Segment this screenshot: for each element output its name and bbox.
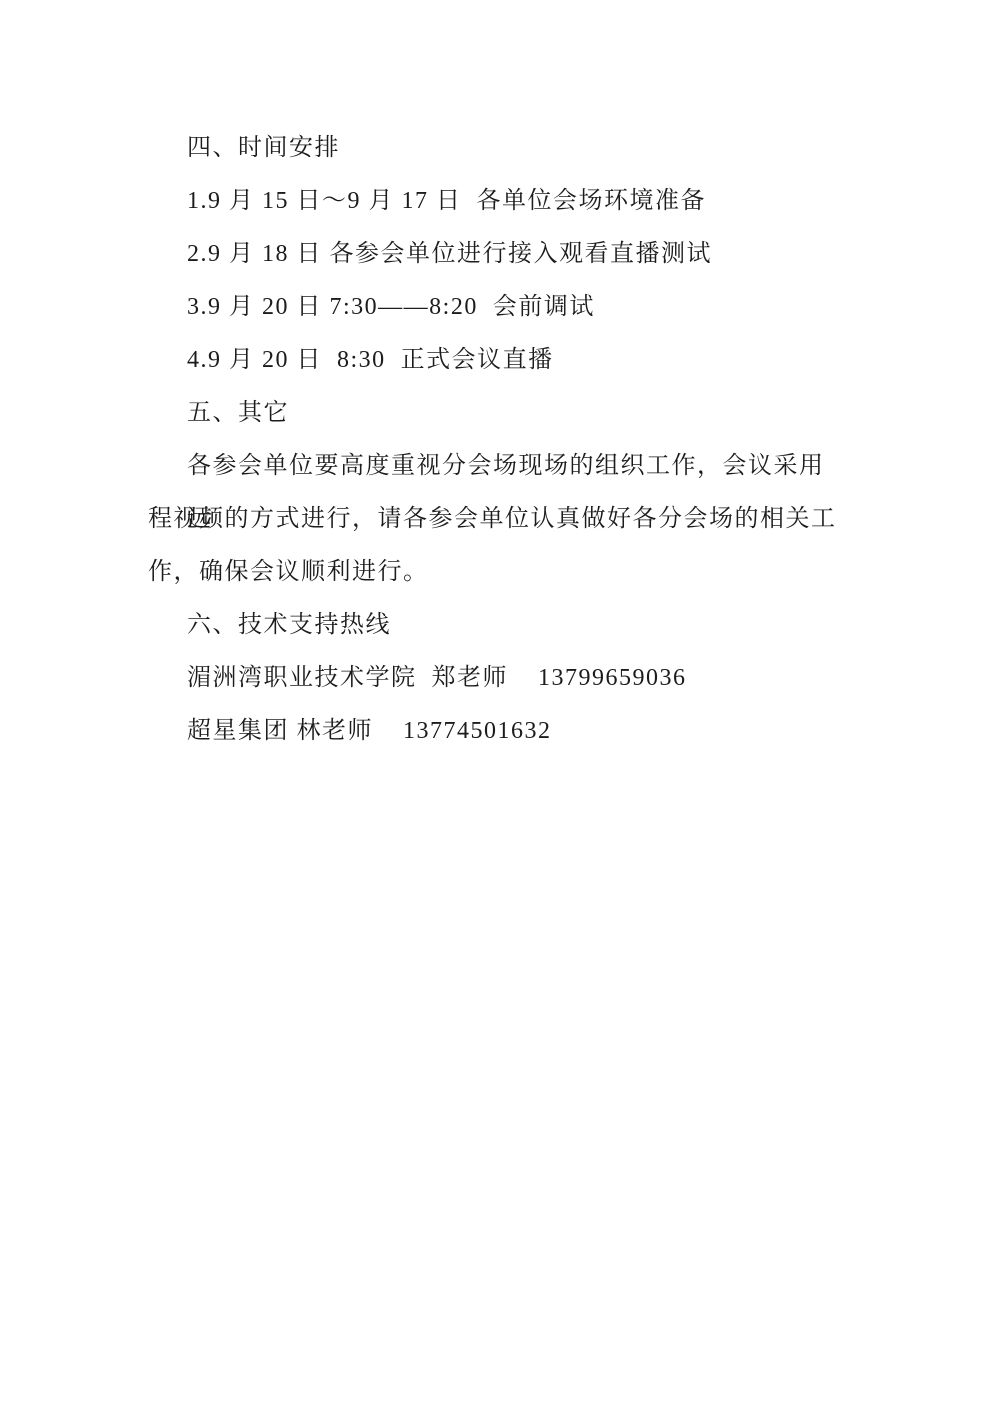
schedule-item-2: 2.9 月 18 日 各参会单位进行接入观看直播测试 <box>148 228 848 281</box>
other-paragraph-line-2: 程视频的方式进行，请各参会单位认真做好各分会场的相关工 <box>148 493 848 546</box>
heading-time-schedule: 四、时间安排 <box>148 122 848 175</box>
schedule-item-1: 1.9 月 15 日～9 月 17 日 各单位会场环境准备 <box>148 175 848 228</box>
heading-support-hotline: 六、技术支持热线 <box>148 599 848 652</box>
support-contact-1: 湄洲湾职业技术学院 郑老师 13799659036 <box>148 652 848 705</box>
heading-other: 五、其它 <box>148 387 848 440</box>
schedule-item-3: 3.9 月 20 日 7:30——8:20 会前调试 <box>148 281 848 334</box>
support-contact-2: 超星集团 林老师 13774501632 <box>148 705 848 758</box>
other-paragraph-line-3: 作，确保会议顺利进行。 <box>148 546 848 599</box>
document-page: 四、时间安排 1.9 月 15 日～9 月 17 日 各单位会场环境准备 2.9… <box>0 0 992 1403</box>
document-body: 四、时间安排 1.9 月 15 日～9 月 17 日 各单位会场环境准备 2.9… <box>148 122 848 758</box>
schedule-item-4: 4.9 月 20 日 8:30 正式会议直播 <box>148 334 848 387</box>
other-paragraph-line-1: 各参会单位要高度重视分会场现场的组织工作，会议采用远 <box>148 440 848 493</box>
